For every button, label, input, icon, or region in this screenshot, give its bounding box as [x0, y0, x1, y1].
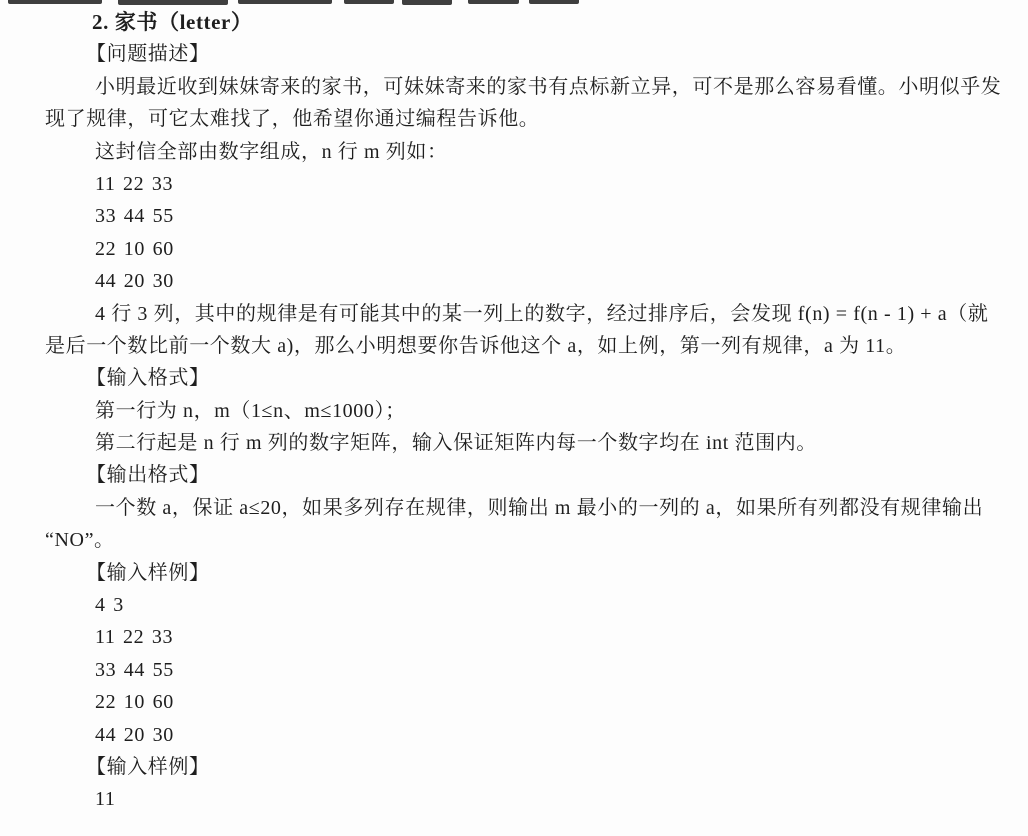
output-format-line: 一个数 a，保证 a≤20，如果多列存在规律，则输出 m 最小的一列的 a，如果…: [45, 492, 1003, 524]
problem-title: 2. 家书（letter）: [45, 6, 1003, 38]
output-format-line: “NO”。: [45, 524, 1003, 556]
scan-artifact: [344, 0, 394, 4]
sample-input-matrix-row: 33 44 55: [45, 654, 1003, 686]
section-header-output-format: 【输出格式】: [45, 459, 1003, 491]
section-header-sample-input: 【输入样例】: [45, 557, 1003, 589]
matrix-row: 33 44 55: [45, 200, 1003, 232]
sample-input-matrix-row: 22 10 60: [45, 686, 1003, 718]
document-body: 2. 家书（letter） 【问题描述】 小明最近收到妹妹寄来的家书，可妹妹寄来…: [45, 6, 1003, 816]
description-line: 这封信全部由数字组成，n 行 m 列如：: [45, 136, 1003, 168]
section-header-input-format: 【输入格式】: [45, 362, 1003, 394]
section-header-sample-output: 【输入样例】: [45, 751, 1003, 783]
description-line: 现了规律，可它太难找了，他希望你通过编程告诉他。: [45, 103, 1003, 135]
matrix-row: 11 22 33: [45, 168, 1003, 200]
description-line: 4 行 3 列，其中的规律是有可能其中的某一列上的数字，经过排序后，会发现 f(…: [45, 298, 1003, 330]
sample-output-line: 11: [45, 783, 1003, 815]
sample-input-line: 4 3: [45, 589, 1003, 621]
input-format-line: 第一行为 n，m（1≤n、m≤1000）；: [45, 395, 1003, 427]
sample-input-matrix-row: 44 20 30: [45, 719, 1003, 751]
scan-artifact: [402, 0, 452, 5]
section-header-problem-description: 【问题描述】: [45, 38, 1003, 70]
input-format-line: 第二行起是 n 行 m 列的数字矩阵，输入保证矩阵内每一个数字均在 int 范围…: [45, 427, 1003, 459]
description-line: 小明最近收到妹妹寄来的家书，可妹妹寄来的家书有点标新立异，可不是那么容易看懂。小…: [45, 71, 1003, 103]
scan-artifact: [468, 0, 519, 4]
scan-artifact: [8, 0, 102, 4]
scan-artifact: [118, 0, 228, 5]
scan-artifact: [529, 0, 579, 4]
scanned-document-page: 2. 家书（letter） 【问题描述】 小明最近收到妹妹寄来的家书，可妹妹寄来…: [0, 0, 1028, 836]
scan-artifact: [238, 0, 332, 4]
description-line: 是后一个数比前一个数大 a)，那么小明想要你告诉他这个 a，如上例，第一列有规律…: [45, 330, 1003, 362]
matrix-row: 22 10 60: [45, 233, 1003, 265]
sample-input-matrix-row: 11 22 33: [45, 621, 1003, 653]
matrix-row: 44 20 30: [45, 265, 1003, 297]
